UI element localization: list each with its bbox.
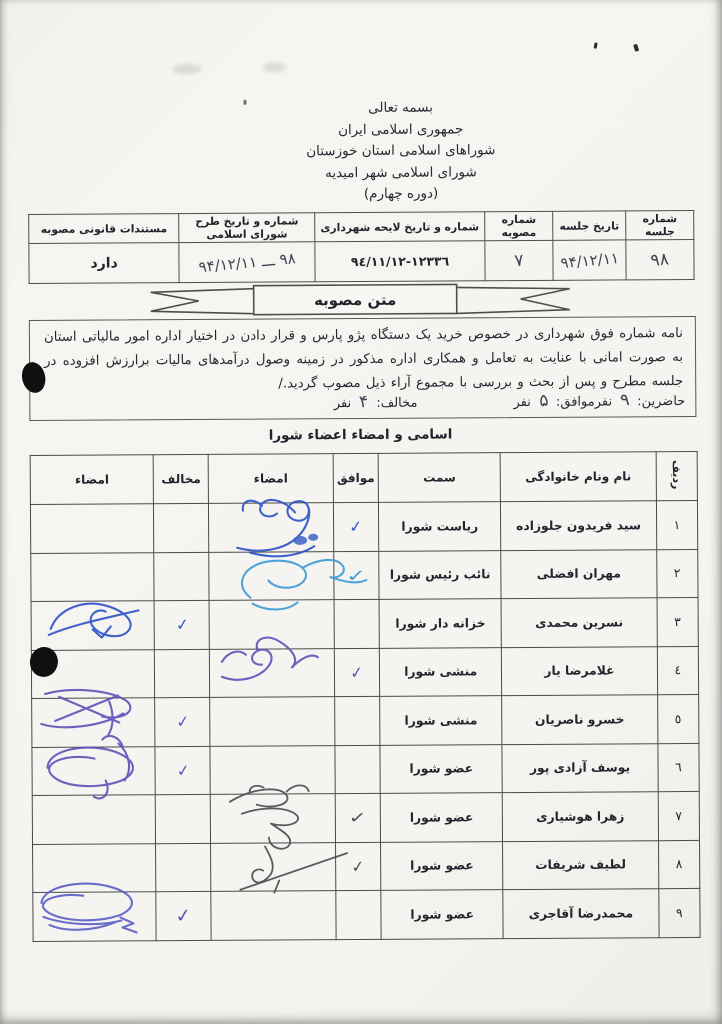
- bill-number-date-header: شماره و تاریخ لایحه شهرداری: [315, 212, 485, 242]
- members-signature-table: ردیف نام ونام خانوادگی سمت موافق امضاء م…: [30, 451, 701, 942]
- agree-signature-cell: [210, 794, 335, 843]
- table-row: ٩ محمدرضا آقاجری عضو شورا ✓: [33, 888, 700, 941]
- table-row: ١ سید فریدون جلوزاده ریاست شورا ✓: [30, 500, 697, 553]
- member-position: عضو شورا: [380, 793, 502, 842]
- table-row: ٦ یوسف آزادی پور عضو شورا ✓: [32, 743, 699, 796]
- resolution-number-value: ۷: [485, 240, 553, 280]
- member-name: مهران افضلی: [501, 549, 657, 598]
- member-name: زهرا هوشیاری: [502, 792, 658, 841]
- scan-smudge: [172, 64, 202, 74]
- agree-signature-cell: [209, 551, 334, 600]
- agree-checkmark: ✓: [346, 565, 367, 585]
- member-position: منشی شورا: [380, 696, 502, 745]
- member-position: عضو شورا: [381, 841, 503, 890]
- oppose-vote-cell: [156, 794, 211, 843]
- table-row: ٧ زهرا هوشیاری عضو شورا ✓: [32, 791, 699, 844]
- agree-checkmark: ✓: [349, 808, 368, 828]
- agree-vote-cell: [336, 890, 382, 939]
- oppose-vote-cell: ✓: [155, 746, 210, 795]
- attendance-line: حاضرین:۹نفر موافق:۵نفر مخالف:۴نفر: [40, 390, 685, 414]
- agree-signature-cell: [209, 600, 334, 649]
- agree-vote-cell: [335, 745, 381, 794]
- member-position: عضو شورا: [380, 744, 502, 793]
- oppose-header: مخالف: [154, 454, 209, 503]
- member-name: خسرو ناصریان: [502, 695, 658, 744]
- province-councils-line: شوراهای اسلامی استان خوزستان: [178, 139, 624, 163]
- row-number: ٤: [657, 646, 699, 695]
- scan-speck: [243, 100, 246, 105]
- session-meta-table: شماره جلسه تاریخ جلسه شماره مصوبه شماره …: [28, 210, 694, 284]
- member-position: منشی شورا: [380, 647, 502, 696]
- member-position: عضو شورا: [381, 890, 503, 939]
- oppose-checkmark: ✓: [175, 760, 190, 780]
- scan-speck: [594, 42, 598, 48]
- agree-count: موافق:۵نفر: [513, 391, 594, 411]
- row-number: ٩: [658, 888, 700, 937]
- agree-signature-cell: [210, 745, 335, 794]
- agree-signature-cell: [210, 697, 335, 746]
- member-position: خزانه دار شورا: [379, 599, 501, 648]
- term-line: (دوره چهارم): [178, 182, 624, 206]
- row-number: ٦: [658, 743, 700, 792]
- row-number: ٧: [658, 791, 700, 840]
- oppose-vote-cell: [155, 649, 210, 698]
- bill-number-date-value: ١٢٣٣٦-٩٤/١١/١٢: [315, 241, 485, 282]
- row-number: ٥: [657, 694, 699, 743]
- agree-vote-cell: ✓: [335, 793, 381, 842]
- legal-docs-value: دارد: [29, 243, 180, 284]
- agree-checkmark: ✓: [349, 662, 364, 682]
- member-name: غلامرضا یار: [502, 646, 658, 695]
- member-name: لطیف شریفات: [503, 840, 659, 889]
- agree-signature-cell: [209, 648, 334, 697]
- oppose-count: مخالف:۴نفر: [334, 392, 418, 413]
- oppose-vote-cell: [154, 503, 209, 552]
- paper-sheet: بسمه تعالی جمهوری اسلامی ایران شوراهای ا…: [0, 0, 722, 1024]
- table-row: ٤ غلامرضا یار منشی شورا ✓: [31, 646, 698, 699]
- agree-signature-cell: [211, 842, 336, 891]
- agree-checkmark: ✓: [348, 517, 363, 537]
- scanned-document-page: بسمه تعالی جمهوری اسلامی ایران شوراهای ا…: [0, 0, 722, 1024]
- agree-header: موافق: [333, 453, 379, 502]
- session-number-header: شماره جلسه: [626, 210, 694, 239]
- oppose-signature-cell: [33, 892, 157, 941]
- agree-vote-cell: ✓: [334, 648, 380, 697]
- country-line: جمهوری اسلامی ایران: [178, 118, 624, 142]
- oppose-checkmark: ✓: [175, 712, 190, 732]
- members-header-row: ردیف نام ونام خانوادگی سمت موافق امضاء م…: [30, 451, 697, 504]
- meta-value-row: ۹۸ ۹۴/۱۲/۱۱ ۷ ١٢٣٣٦-٩٤/١١/١٢ ۹۸ ـــ ۹۴/۱…: [29, 239, 694, 283]
- oppose-signature-cell: [30, 504, 154, 553]
- oppose-signature-cell: [33, 843, 157, 892]
- oppose-signature-cell: [32, 746, 156, 795]
- agree-vote-cell: ✓: [335, 842, 381, 891]
- oppose-signature-cell: [32, 698, 156, 747]
- oppose-signature-cell: [31, 601, 155, 650]
- oppose-checkmark: ✓: [174, 615, 189, 635]
- oppose-vote-cell: [154, 552, 209, 601]
- agree-signature-cell: [211, 891, 336, 940]
- oppose-vote-cell: ✓: [154, 600, 209, 649]
- table-row: ٣ نسرین محمدی خزانه دار شورا ✓: [31, 597, 698, 650]
- resolution-box: نامه شماره فوق شهرداری در خصوص خرید یک د…: [29, 316, 697, 421]
- city-council-line: شورای اسلامی شهر امیدیه: [178, 161, 624, 185]
- oppose-signature-cell: [32, 795, 156, 844]
- table-row: ٢ مهران افضلی نائب رئیس شورا ✓: [31, 549, 698, 602]
- member-position: نائب رئیس شورا: [379, 550, 501, 599]
- scan-smudge: [262, 62, 286, 72]
- row-number: ٨: [658, 840, 700, 889]
- resolution-number-header: شماره مصوبه: [485, 211, 553, 240]
- oppose-count-handwritten: ۴: [358, 392, 369, 413]
- member-name: محمدرضا آقاجری: [503, 889, 659, 938]
- position-header: سمت: [378, 453, 500, 503]
- member-name: نسرین محمدی: [501, 598, 657, 647]
- row-number-header: ردیف: [656, 451, 698, 500]
- meta-header-row: شماره جلسه تاریخ جلسه شماره مصوبه شماره …: [29, 210, 694, 243]
- member-name: سید فریدون جلوزاده: [501, 501, 657, 550]
- plan-number-date-value: ۹۸ ـــ ۹۴/۱۲/۱۱: [179, 242, 315, 283]
- legal-docs-header: مستندات قانونی مصوبه: [29, 214, 179, 244]
- agree-signature-header: امضاء: [208, 454, 333, 504]
- row-number: ٣: [657, 597, 699, 646]
- agree-vote-cell: ✓: [334, 551, 380, 600]
- agree-vote-cell: [334, 599, 380, 648]
- resolution-banner-title: متن مصوبه: [254, 284, 457, 314]
- agree-signature-cell: [209, 503, 334, 552]
- plan-number-date-header: شماره و تاریخ طرح شورای اسلامی: [179, 213, 315, 243]
- oppose-signature-header: امضاء: [30, 455, 154, 505]
- agree-vote-cell: ✓: [333, 502, 379, 551]
- table-row: ٥ خسرو ناصریان منشی شورا ✓: [32, 694, 699, 747]
- full-name-header: نام ونام خانوادگی: [500, 452, 656, 502]
- present-count-handwritten: ۹: [619, 390, 630, 411]
- oppose-signature-cell: [31, 552, 155, 601]
- agree-count-handwritten: ۵: [538, 390, 549, 411]
- resolution-text: نامه شماره فوق شهرداری در خصوص خرید یک د…: [44, 322, 683, 398]
- oppose-vote-cell: ✓: [156, 891, 211, 940]
- row-number: ٢: [656, 549, 698, 598]
- agree-vote-cell: [334, 696, 380, 745]
- members-table-title: اسامی و امضاء اعضاء شورا: [0, 425, 722, 445]
- session-number-value: ۹۸: [626, 239, 694, 279]
- scan-speck: [633, 44, 639, 52]
- document-letterhead: بسمه تعالی جمهوری اسلامی ایران شوراهای ا…: [177, 96, 624, 206]
- oppose-checkmark: ✓: [175, 904, 193, 928]
- oppose-vote-cell: [156, 843, 211, 892]
- member-name: یوسف آزادی پور: [502, 743, 658, 792]
- present-count: حاضرین:۹نفر: [595, 390, 686, 411]
- session-date-value: ۹۴/۱۲/۱۱: [553, 240, 626, 280]
- agree-checkmark: ✓: [350, 856, 365, 876]
- oppose-vote-cell: ✓: [155, 697, 210, 746]
- table-row: ٨ لطیف شریفات عضو شورا ✓: [33, 840, 700, 893]
- member-position: ریاست شورا: [379, 502, 501, 551]
- row-number: ١: [656, 500, 698, 549]
- session-date-header: تاریخ جلسه: [553, 211, 626, 240]
